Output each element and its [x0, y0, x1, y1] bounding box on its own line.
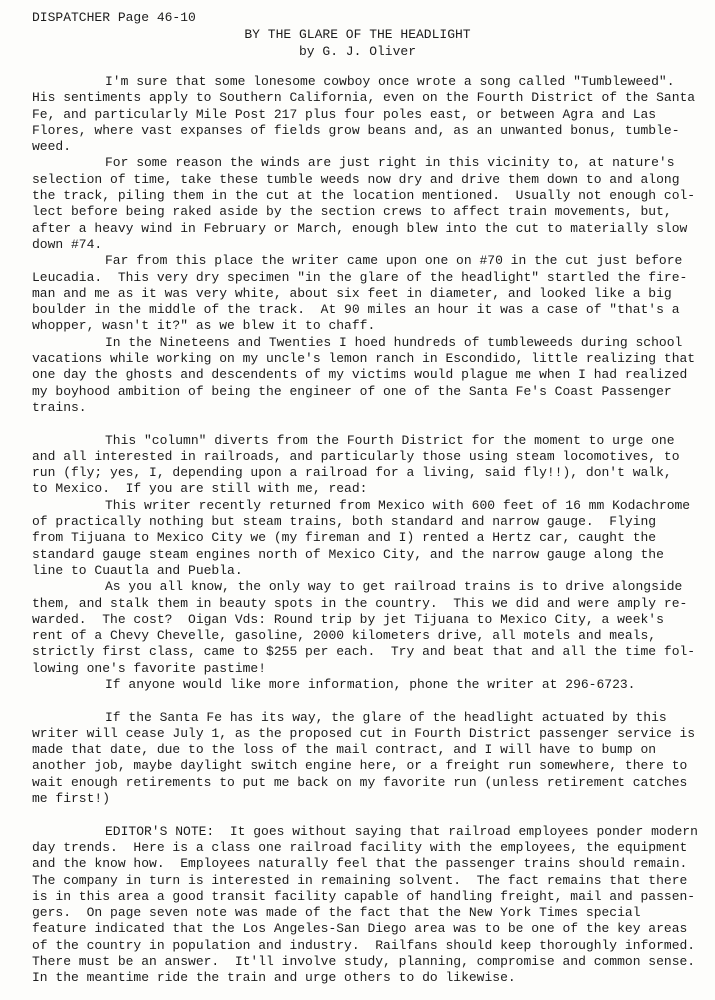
paragraph: I'm sure that some lonesome cowboy once …: [32, 74, 712, 155]
document-page: DISPATCHER Page 46-10 BY THE GLARE OF TH…: [0, 0, 715, 1000]
text-line: vacations while working on my uncle's le…: [32, 351, 712, 367]
text-line: lowing one's favorite pastime!: [32, 661, 712, 677]
text-line: man and me as it was very white, about s…: [32, 286, 712, 302]
paragraph: EDITOR'S NOTE: It goes without saying th…: [32, 824, 712, 987]
text-line: Fe, and particularly Mile Post 217 plus …: [32, 107, 712, 123]
text-line: Leucadia. This very dry specimen "in the…: [32, 270, 712, 286]
article-body: I'm sure that some lonesome cowboy once …: [32, 74, 712, 987]
paragraph: In the Nineteens and Twenties I hoed hun…: [32, 335, 712, 416]
text-line: day trends. Here is a class one railroad…: [32, 840, 712, 856]
text-line: and all interested in railroads, and par…: [32, 449, 712, 465]
text-line: weed.: [32, 139, 712, 155]
text-line: run (fly; yes, I, depending upon a railr…: [32, 465, 712, 481]
paragraph: If anyone would like more information, p…: [32, 677, 712, 693]
text-line: Flores, where vast expanses of fields gr…: [32, 123, 712, 139]
paragraph: For some reason the winds are just right…: [32, 155, 712, 253]
text-line: boulder in the middle of the track. At 9…: [32, 302, 712, 318]
text-line: them, and stalk them in beauty spots in …: [32, 596, 712, 612]
text-line: There must be an answer. It'll involve s…: [32, 954, 712, 970]
text-line: to Mexico. If you are still with me, rea…: [32, 481, 712, 497]
text-line: I'm sure that some lonesome cowboy once …: [32, 74, 712, 90]
text-line: warded. The cost? Oigan Vds: Round trip …: [32, 612, 712, 628]
text-line: another job, maybe daylight switch engin…: [32, 758, 712, 774]
text-line: This "column" diverts from the Fourth Di…: [32, 433, 712, 449]
text-line: EDITOR'S NOTE: It goes without saying th…: [32, 824, 712, 840]
paragraph: As you all know, the only way to get rai…: [32, 579, 712, 677]
text-line: The company in turn is interested in rem…: [32, 873, 712, 889]
text-line: from Tijuana to Mexico City we (my firem…: [32, 530, 712, 546]
text-line: As you all know, the only way to get rai…: [32, 579, 712, 595]
text-line: and the know how. Employees naturally fe…: [32, 856, 712, 872]
text-line: down #74.: [32, 237, 712, 253]
text-line: my boyhood ambition of being the enginee…: [32, 384, 712, 400]
text-line: For some reason the winds are just right…: [32, 155, 712, 171]
text-line: standard gauge steam engines north of Me…: [32, 547, 712, 563]
text-line: me first!): [32, 791, 712, 807]
paragraph: Far from this place the writer came upon…: [32, 253, 712, 334]
text-line: is in this area a good transit facility …: [32, 889, 712, 905]
text-line: In the meantime ride the train and urge …: [32, 970, 712, 986]
text-line: lect before being raked aside by the sec…: [32, 204, 712, 220]
text-line: one day the ghosts and descendents of my…: [32, 367, 712, 383]
text-line: gers. On page seven note was made of the…: [32, 905, 712, 921]
text-line: wait enough retirements to put me back o…: [32, 775, 712, 791]
text-line: feature indicated that the Los Angeles-S…: [32, 921, 712, 937]
text-line: of the country in population and industr…: [32, 938, 712, 954]
text-line: of practically nothing but steam trains,…: [32, 514, 712, 530]
text-line: the track, piling them in the cut at the…: [32, 188, 712, 204]
text-line: This writer recently returned from Mexic…: [32, 498, 712, 514]
text-line: rent of a Chevy Chevelle, gasoline, 2000…: [32, 628, 712, 644]
text-line: His sentiments apply to Southern Califor…: [32, 90, 712, 106]
page-header: DISPATCHER Page 46-10: [32, 10, 196, 25]
text-line: strictly first class, came to $255 per e…: [32, 644, 712, 660]
text-line: selection of time, take these tumble wee…: [32, 172, 712, 188]
paragraph: If the Santa Fe has its way, the glare o…: [32, 710, 712, 808]
article-title: BY THE GLARE OF THE HEADLIGHT: [0, 27, 715, 42]
paragraph-gap: [32, 416, 712, 432]
text-line: If the Santa Fe has its way, the glare o…: [32, 710, 712, 726]
text-line: made that date, due to the loss of the m…: [32, 742, 712, 758]
text-line: whopper, wasn't it?" as we blew it to ch…: [32, 318, 712, 334]
text-line: after a heavy wind in February or March,…: [32, 221, 712, 237]
paragraph: This writer recently returned from Mexic…: [32, 498, 712, 579]
text-line: Far from this place the writer came upon…: [32, 253, 712, 269]
paragraph-gap: [32, 693, 712, 709]
text-line: In the Nineteens and Twenties I hoed hun…: [32, 335, 712, 351]
article-byline: by G. J. Oliver: [0, 44, 715, 59]
paragraph-gap: [32, 807, 712, 823]
text-line: trains.: [32, 400, 712, 416]
text-line: line to Cuautla and Puebla.: [32, 563, 712, 579]
text-line: writer will cease July 1, as the propose…: [32, 726, 712, 742]
text-line: If anyone would like more information, p…: [32, 677, 712, 693]
paragraph: This "column" diverts from the Fourth Di…: [32, 433, 712, 498]
